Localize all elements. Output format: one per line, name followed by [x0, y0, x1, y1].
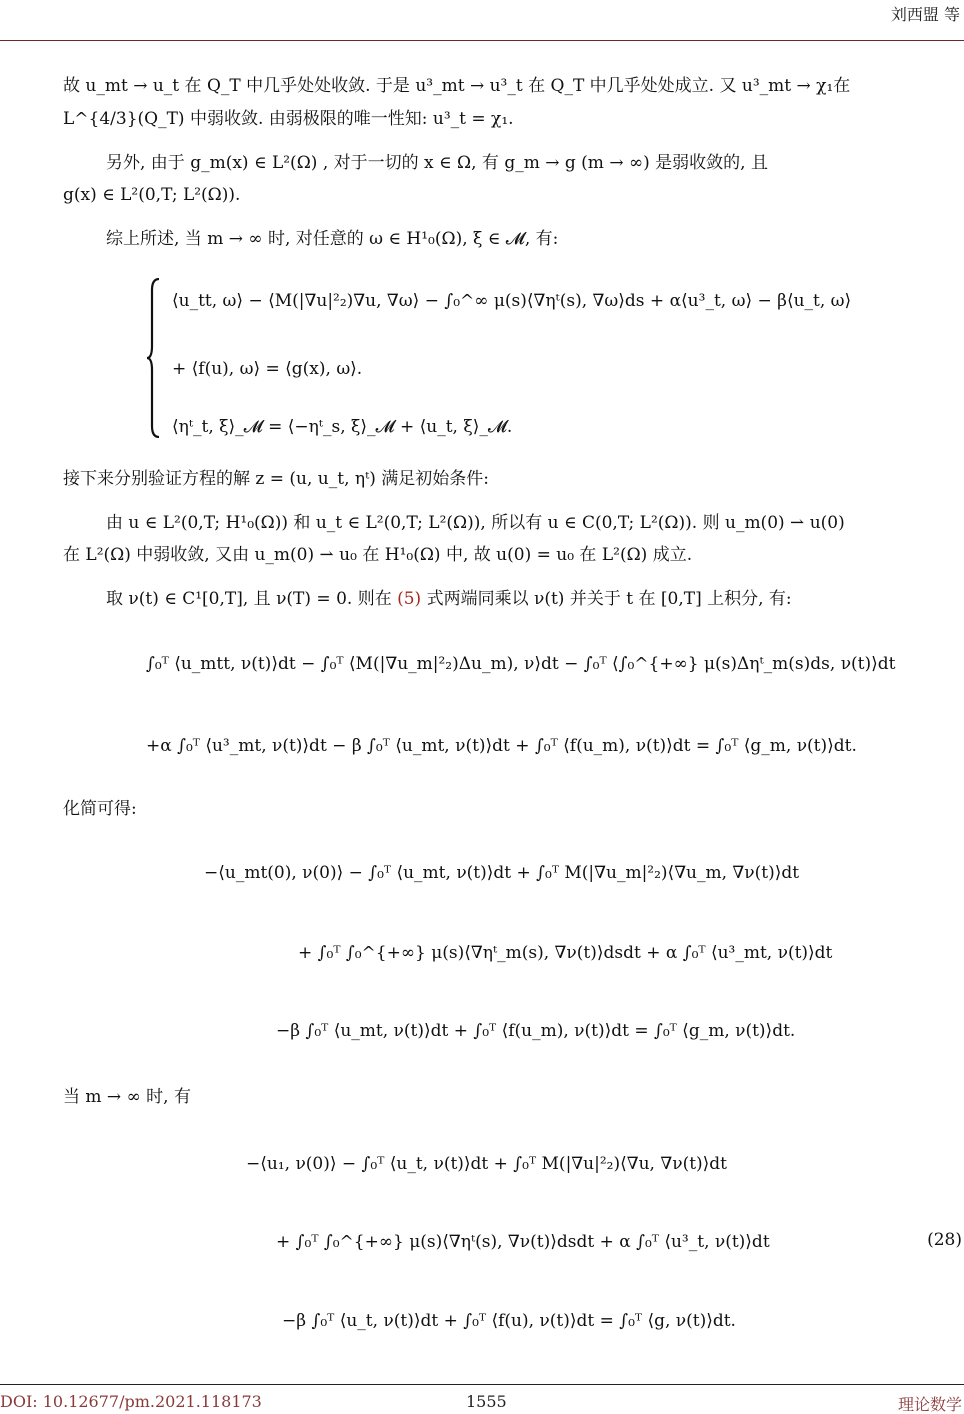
simplified-equation-row2: + ∫₀ᵀ ∫₀^{+∞} μ(s)⟨∇ηᵗ_m(s), ∇ν(t)⟩dsdt …: [298, 942, 832, 964]
limit-equation-row2: + ∫₀ᵀ ∫₀^{+∞} μ(s)⟨∇ηᵗ(s), ∇ν(t)⟩dsdt + …: [276, 1231, 770, 1253]
paragraph-simplify: 化简可得:: [63, 798, 137, 820]
paragraph-test-function: 取 ν(t) ∈ C¹[0,T], 且 ν(T) = 0. 则在 (5) 式两端…: [106, 588, 792, 610]
system-equation-row2: + ⟨f(u), ω⟩ = ⟨g(x), ω⟩.: [172, 358, 362, 380]
paragraph-summary: 综上所述, 当 m → ∞ 时, 对任意的 ω ∈ H¹₀(Ω), ξ ∈ 𝓜,…: [106, 228, 558, 250]
integrated-equation-row1: ∫₀ᵀ ⟨u_mtt, ν(t)⟩dt − ∫₀ᵀ ⟨M(|∇u_m|²₂)Δu…: [146, 653, 895, 675]
footer-journal-link[interactable]: 理论数学: [898, 1392, 962, 1414]
paragraph-gm-line2: g(x) ∈ L²(0,T; L²(Ω)).: [63, 184, 240, 206]
paragraph-regularity-line2: 在 L²(Ω) 中弱收敛, 又由 u_m(0) ⇀ u₀ 在 H¹₀(Ω) 中,…: [63, 544, 692, 566]
header-rule: [0, 40, 964, 41]
footer-page-number: 1555: [466, 1392, 507, 1411]
footer-rule: [0, 1384, 964, 1385]
paragraph-regularity-line1: 由 u ∈ L²(0,T; H¹₀(Ω)) 和 u_t ∈ L²(0,T; L²…: [106, 512, 845, 534]
paragraph-limit: 当 m → ∞ 时, 有: [63, 1086, 191, 1108]
paragraph-convergence-line1: 故 u_mt → u_t 在 Q_T 中几乎处处收敛. 于是 u³_mt → u…: [63, 75, 850, 97]
simplified-equation-row3: −β ∫₀ᵀ ⟨u_mt, ν(t)⟩dt + ∫₀ᵀ ⟨f(u_m), ν(t…: [276, 1020, 795, 1042]
equation-number: (28): [927, 1230, 962, 1250]
system-brace: [146, 278, 156, 438]
paragraph-initial-conditions: 接下来分别验证方程的解 z = (u, u_t, ηᵗ) 满足初始条件:: [63, 468, 489, 490]
paragraph-convergence-line2: L^{4/3}(Q_T) 中弱收敛. 由弱极限的唯一性知: u³_t = χ₁.: [63, 108, 514, 130]
limit-equation-row3: −β ∫₀ᵀ ⟨u_t, ν(t)⟩dt + ∫₀ᵀ ⟨f(u), ν(t)⟩d…: [282, 1310, 736, 1332]
paragraph-test-function-text-a: 取 ν(t) ∈ C¹[0,T], 且 ν(T) = 0. 则在: [106, 589, 397, 609]
limit-equation-row1: −⟨u₁, ν(0)⟩ − ∫₀ᵀ ⟨u_t, ν(t)⟩dt + ∫₀ᵀ M(…: [246, 1153, 727, 1175]
simplified-equation-row1: −⟨u_mt(0), ν(0)⟩ − ∫₀ᵀ ⟨u_mt, ν(t)⟩dt + …: [204, 862, 799, 884]
running-header-author: 刘西盟 等: [891, 2, 960, 25]
equation-reference-link[interactable]: (5): [397, 589, 421, 609]
system-equation-row1: ⟨u_tt, ω⟩ − ⟨M(|∇u|²₂)∇u, ∇ω⟩ − ∫₀^∞ μ(s…: [172, 290, 851, 312]
system-equation-row3: ⟨ηᵗ_t, ξ⟩_𝓜 = ⟨−ηᵗ_s, ξ⟩_𝓜 + ⟨u_t, ξ⟩_𝓜.: [172, 416, 512, 438]
footer-doi-link[interactable]: DOI: 10.12677/pm.2021.118173: [0, 1392, 262, 1411]
integrated-equation-row2: +α ∫₀ᵀ ⟨u³_mt, ν(t)⟩dt − β ∫₀ᵀ ⟨u_mt, ν(…: [146, 735, 857, 757]
paragraph-gm-line1: 另外, 由于 g_m(x) ∈ L²(Ω) , 对于一切的 x ∈ Ω, 有 g…: [106, 152, 768, 174]
paragraph-test-function-text-b: 式两端同乘以 ν(t) 并关于 t 在 [0,T] 上积分, 有:: [421, 589, 791, 609]
